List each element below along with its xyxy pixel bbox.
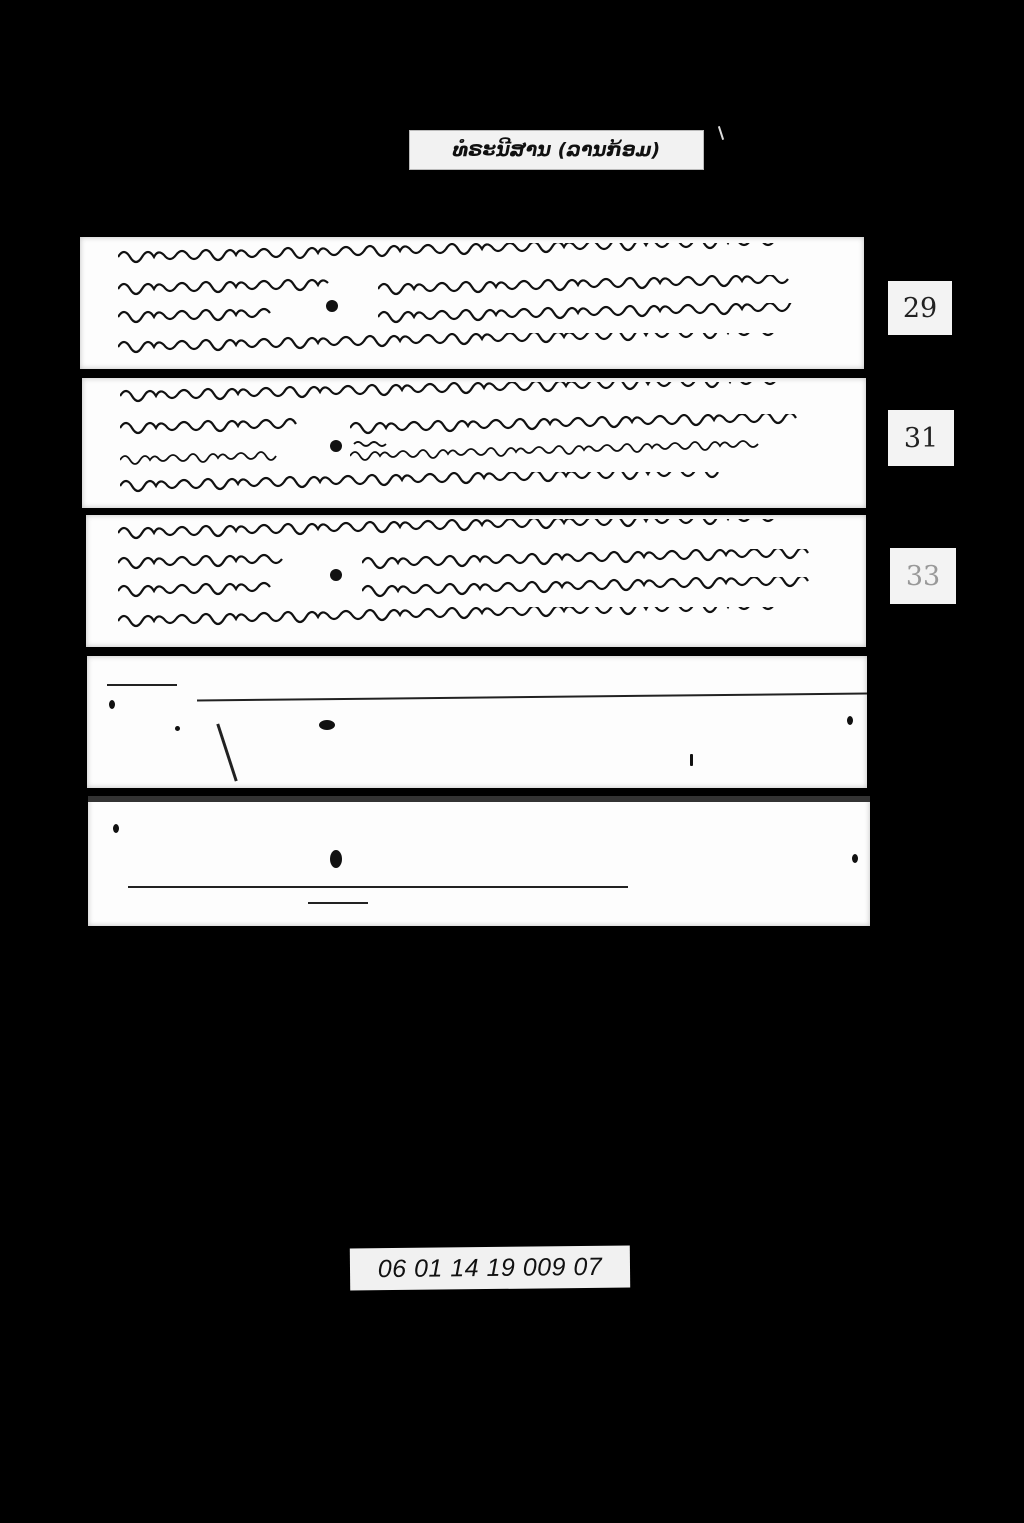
script-line — [118, 303, 298, 327]
script-line — [362, 549, 852, 573]
script-line — [362, 577, 852, 601]
page-number: 31 — [904, 423, 938, 454]
page-number: 33 — [906, 561, 940, 592]
reference-id: 06 01 14 19 009 07 — [378, 1252, 603, 1283]
leaf-grain — [107, 684, 177, 686]
binding-hole — [847, 716, 853, 725]
script-line — [120, 382, 840, 406]
microfilm-reference-label: 06 01 14 19 009 07 — [350, 1246, 630, 1291]
palm-leaf-blank-2 — [88, 796, 870, 926]
manuscript-title: ທໍຣະນີສານ (ລານກ້ອມ) — [453, 139, 661, 161]
binding-hole — [330, 440, 342, 452]
script-line — [118, 333, 838, 357]
script-line — [350, 414, 840, 438]
stain — [319, 720, 335, 730]
stain — [175, 726, 180, 731]
script-line — [118, 577, 308, 601]
film-scratch — [718, 126, 724, 140]
binding-hole — [852, 854, 858, 863]
palm-leaf-31 — [82, 378, 866, 508]
leaf-grain — [128, 886, 628, 888]
page-number-tag: 33 — [890, 548, 956, 604]
page-number-tag: 31 — [888, 410, 954, 466]
title-label: ທໍຣະນີສານ (ລານກ້ອມ) — [409, 130, 704, 170]
leaf-grain — [197, 692, 867, 701]
crack — [216, 724, 237, 782]
page-number: 29 — [903, 293, 937, 324]
script-line — [350, 438, 840, 462]
leaf-grain — [308, 902, 368, 904]
stain — [330, 850, 342, 868]
script-line — [118, 549, 318, 573]
palm-leaf-33 — [86, 515, 866, 647]
palm-leaf-blank-1 — [87, 656, 867, 788]
binding-hole — [326, 300, 338, 312]
script-line — [118, 243, 828, 267]
binding-hole — [330, 569, 342, 581]
script-line — [120, 444, 320, 468]
binding-hole — [109, 700, 115, 709]
script-line — [120, 472, 810, 496]
script-line — [378, 275, 828, 299]
stain — [690, 754, 693, 766]
binding-hole — [113, 824, 119, 833]
script-line — [118, 275, 348, 299]
script-line — [118, 519, 838, 543]
leaf-edge — [88, 796, 870, 802]
script-line — [120, 414, 330, 438]
script-line — [378, 303, 838, 327]
page-number-tag: 29 — [888, 281, 952, 335]
palm-leaf-29 — [80, 237, 864, 369]
script-line — [118, 607, 848, 631]
